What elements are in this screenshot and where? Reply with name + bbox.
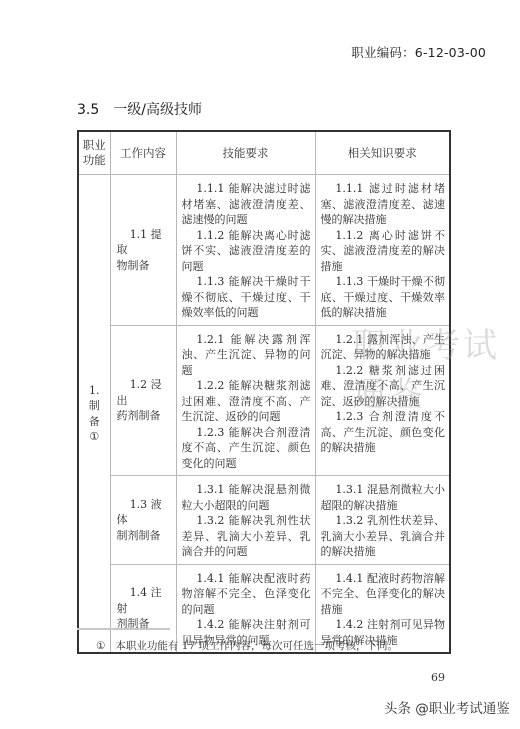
knowledge-cell: 1.1.1 滤过时滤材堵塞、滤液澄清度差、滤速慢的解决措施 1.1.2 离心时滤… <box>315 175 450 326</box>
work-content-label: 1.1 提取 <box>117 227 170 258</box>
function-char: 制 <box>79 398 110 414</box>
skill-cell: 1.1.1 能解决滤过时滤材堵塞、滤液澄清度差、滤速慢的问题 1.1.2 能解决… <box>176 175 315 326</box>
knowledge-cell: 1.2.1 露剂浑浊、产生沉淀、异物的解决措施 1.2.2 糖浆剂滤过困难、澄清… <box>315 325 450 476</box>
section-number: 3.5 <box>77 102 99 118</box>
knowledge-item: 1.4.1 配液时药物溶解不完全、色泽变化的解决措施 <box>321 571 446 618</box>
skill-item: 1.3.2 能解决乳剂性状差异、乳滴大小差异、乳滴合并的问题 <box>182 513 311 560</box>
header-work-content: 工作内容 <box>110 131 176 175</box>
knowledge-cell: 1.3.1 混悬剂微粒大小超限的解决措施 1.3.2 乳剂性状差异、乳滴大小差异… <box>315 476 450 565</box>
table-row: 1. 制 备 ① 1.1 提取 物制备 1.1.1 能解决滤过时滤材堵塞、滤液澄… <box>78 175 450 326</box>
function-cell: 1. 制 备 ① <box>78 175 110 654</box>
knowledge-item: 1.2.1 露剂浑浊、产生沉淀、异物的解决措施 <box>321 332 446 363</box>
work-content-cell: 1.1 提取 物制备 <box>110 175 176 326</box>
work-content-label: 物制备 <box>117 259 150 272</box>
header-skill-requirements: 技能要求 <box>176 131 315 175</box>
function-char: 备 <box>79 414 110 430</box>
skill-item: 1.2.3 能解决合剂澄清度不高、产生沉淀、颜色变化的问题 <box>182 425 311 472</box>
work-content-label: 药剂制备 <box>117 409 161 422</box>
skill-item: 1.3.1 能解决混悬剂微粒大小超限的问题 <box>182 482 311 513</box>
section-heading: 3.5一级/高级技师 <box>77 99 202 119</box>
header-function-line2: 功能 <box>79 153 110 168</box>
requirements-table: 职业 功能 工作内容 技能要求 相关知识要求 1. 制 备 ① 1.1 提取 物… <box>77 130 451 654</box>
footnote: ①本职业功能有 17 项工作内容，每次可任选一项考核，下同。 <box>96 638 398 653</box>
skill-item: 1.1.1 能解决滤过时滤材堵塞、滤液澄清度差、滤速慢的问题 <box>182 181 311 228</box>
skill-item: 1.2.2 能解决糖浆剂滤过困难、澄清度不高、产生沉淀、返砂的问题 <box>182 378 311 425</box>
attribution-watermark: 头条 @职业考试通鉴 <box>384 697 510 717</box>
skill-item: 1.1.3 能解决干燥时干燥不彻底、干燥过度、干燥效率低的问题 <box>182 274 311 321</box>
work-content-label: 1.4 注射 <box>117 585 170 616</box>
page-number: 69 <box>431 671 445 684</box>
skill-item: 1.1.2 能解决离心时滤饼不实、滤液澄清度差的问题 <box>182 228 311 275</box>
table-row: 1.3 液体 制剂制备 1.3.1 能解决混悬剂微粒大小超限的问题 1.3.2 … <box>78 476 450 565</box>
work-content-cell: 1.2 浸出 药剂制备 <box>110 325 176 476</box>
skill-item: 1.4.1 能解决配液时药物溶解不完全、色泽变化的问题 <box>182 571 311 618</box>
knowledge-item: 1.2.2 糖浆剂滤过困难、澄清度不高、产生沉淀、返砂的解决措施 <box>321 363 446 410</box>
table-row: 1.2 浸出 药剂制备 1.2.1 能解决露剂浑浊、产生沉淀、异物的问题 1.2… <box>78 325 450 476</box>
work-content-label: 制剂制备 <box>117 529 161 542</box>
knowledge-item: 1.3.1 混悬剂微粒大小超限的解决措施 <box>321 482 446 513</box>
skill-cell: 1.2.1 能解决露剂浑浊、产生沉淀、异物的问题 1.2.2 能解决糖浆剂滤过困… <box>176 325 315 476</box>
header-knowledge-requirements: 相关知识要求 <box>315 131 450 175</box>
work-content-label: 1.2 浸出 <box>117 377 170 408</box>
section-title: 一级/高级技师 <box>113 102 202 118</box>
table-header-row: 职业 功能 工作内容 技能要求 相关知识要求 <box>78 131 450 175</box>
knowledge-item: 1.2.3 合剂澄清度不高、产生沉淀、颜色变化的解决措施 <box>321 409 446 456</box>
occupation-code: 职业编码：6-12-03-00 <box>0 43 486 61</box>
knowledge-item: 1.1.3 干燥时干燥不彻底、干燥过度、干燥效率低的解决措施 <box>321 274 446 321</box>
header-function: 职业 功能 <box>78 131 110 175</box>
knowledge-item: 1.1.1 滤过时滤材堵塞、滤液澄清度差、滤速慢的解决措施 <box>321 181 446 228</box>
knowledge-item: 1.3.2 乳剂性状差异、乳滴大小差异、乳滴合并的解决措施 <box>321 513 446 560</box>
work-content-cell: 1.3 液体 制剂制备 <box>110 476 176 565</box>
header-function-line1: 职业 <box>79 138 110 153</box>
knowledge-item: 1.1.2 离心时滤饼不实、滤液澄清度差的解决措施 <box>321 228 446 275</box>
skill-item: 1.2.1 能解决露剂浑浊、产生沉淀、异物的问题 <box>182 332 311 379</box>
skill-cell: 1.3.1 能解决混悬剂微粒大小超限的问题 1.3.2 能解决乳剂性状差异、乳滴… <box>176 476 315 565</box>
function-number: 1. <box>79 383 110 399</box>
footnote-reference: ① <box>79 429 110 445</box>
footnote-mark: ① <box>96 640 105 652</box>
footnote-divider <box>77 628 170 630</box>
footnote-text: 本职业功能有 17 项工作内容，每次可任选一项考核，下同。 <box>115 640 398 652</box>
work-content-label: 1.3 液体 <box>117 497 170 528</box>
